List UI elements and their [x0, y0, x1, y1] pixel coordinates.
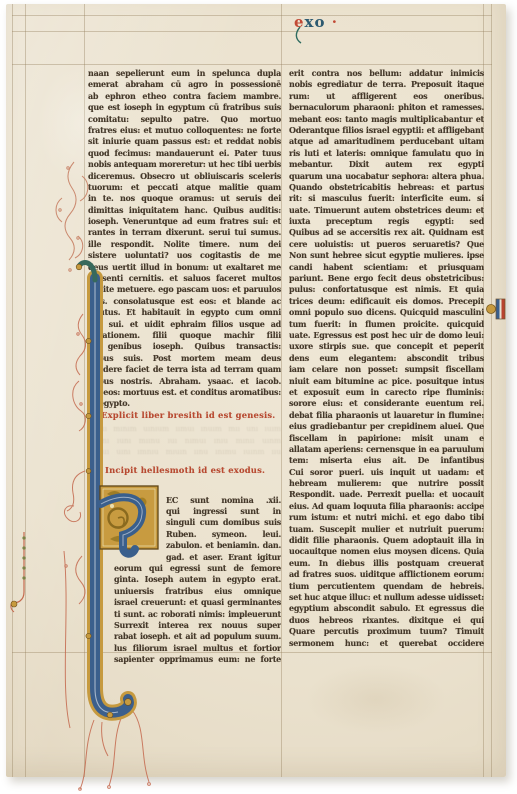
text-line: Quare percutis proximum tuum? Timuit moy… [289, 626, 484, 637]
parchment-stain [306, 664, 446, 734]
text-line: diceremus. Obsecro ut obliuiscaris scele… [88, 171, 281, 182]
manuscript-photo: exo · naan sepelierunt eum in spelunca d… [0, 0, 517, 794]
text-line: sermonem hunc: et querebat occidere moys… [289, 638, 484, 649]
text-line: sorore eius: et considerante euentum rei… [289, 398, 484, 409]
text-line: zabulon. et beniamin. dan. et neptalim. [166, 540, 281, 551]
text-line: uate. Timuerunt autem obstetrices deum: … [289, 205, 484, 216]
text-line: Oderantque filios israel egyptii: et aff… [289, 125, 484, 136]
text-line: ioseph. Veneruntque ad eum fratres sui: … [88, 216, 281, 227]
text-line: rum: ut affligerent eos oneribus. Edific… [289, 91, 484, 102]
text-line: ille respondit. Nolite timere. num dei p… [88, 239, 281, 250]
text-line: ris luti et lateris: omnique famulatu qu… [289, 148, 484, 159]
text-line: et exposuit eum in carecto ripe fluminis… [289, 387, 484, 398]
text-line: fiscellam in papirione: misit unam e fam… [289, 433, 484, 444]
text-line: gad. et aser. Erant igitur omnes anime [166, 552, 281, 563]
text-line: singuli cum domibus suis introierunt. [166, 517, 281, 528]
text-line: rum istum: et nutri michi. et ego dabo t… [289, 512, 484, 523]
text-line: omni populo suo dicens. Quicquid masculi… [289, 307, 484, 318]
text-line: nobis egrediatur de terra. Preposuit ita… [289, 79, 484, 90]
text-line: bernaculorum pharaoni: phiton et ramesse… [289, 102, 484, 113]
text-line: quarum una uocabatur sephora: altera phu… [289, 171, 484, 182]
text-line: Quibus ad se accersitis rex ait. Quidnam… [289, 227, 484, 238]
ruling-line-vertical [25, 4, 26, 777]
text-line: didit filie pharaonis. Quem adoptauit il… [289, 535, 484, 546]
ruling-line-vertical [491, 4, 492, 777]
text-line: comitatu: sepulto patre. Quo mortuo timu… [88, 114, 281, 125]
text-line: naan sepelierunt eum in spelunca dupla q… [88, 68, 281, 79]
text-line: erit contra nos bellum: addatur inimicis… [289, 68, 484, 79]
exodus-text-beside-initial: EC sunt nomina .xii. filiorum israelqui … [166, 495, 281, 563]
text-line: set huc atque illuc: et nullum adesse ui… [289, 592, 484, 603]
text-line: Cui soror pueri. uis inquit ut uadam: et… [289, 467, 484, 478]
text-line: sit iniurie quam passus est: et reddat n… [88, 136, 281, 147]
text-line: debat filia pharaonis ut lauaretur in fl… [289, 410, 484, 421]
initial-panel [100, 486, 158, 554]
text-line: nobis antequam moreretur: ut hec tibi ue… [88, 159, 281, 170]
text-line: eum. In diebus illis postquam creuerat m… [289, 558, 484, 569]
text-line: allatam aperiens: cernensque in ea paruu… [289, 444, 484, 455]
text-line: iam celare non posset: sumpsit fiscellam… [289, 364, 484, 375]
text-line: Non sunt hebree sicut egyptie mulieres. … [289, 250, 484, 261]
ruling-line-vertical [281, 4, 282, 777]
text-line: trices deum: edificauit eis domos. Prece… [289, 296, 484, 307]
text-line: Ruben. symeon. leui. iudas. ysachar. [166, 529, 281, 540]
fore-edge-tab [486, 295, 510, 323]
text-line: pariunt. Bene ergo fecit deus obstetrici… [289, 273, 484, 284]
text-line: tuam. Suscepit mulier et nutriuit puerum… [289, 524, 484, 535]
text-line: uate. Egressus est post hec uir de domo … [289, 330, 484, 341]
margin-ornament [8, 530, 34, 625]
text-line: tum fuerit: in flumen proicite. quicquid… [289, 319, 484, 330]
text-line: EC sunt nomina .xii. filiorum israel [166, 495, 281, 506]
text-line: cere uoluistis: ut pueros seruaretis? Qu… [289, 239, 484, 250]
text-line: rit: si masculus fuerit: interficite eum… [289, 193, 484, 204]
text-line: mebantur. Dixit autem rex egypti obstetr… [289, 159, 484, 170]
text-line: que est ioseph in egyptum cū fratribus s… [88, 102, 281, 113]
text-line: uocauitque nomen eius moysen dicens. Qui… [289, 546, 484, 557]
text-line: rantes in terram dixerunt. serui tui sum… [88, 227, 281, 238]
text-line: quod fecimus: mandauerunt ei. Pater tuus… [88, 148, 281, 159]
ruling-line-horizontal [12, 31, 492, 32]
text-line: candi habent scientiam: et priusquam uen… [289, 262, 484, 273]
text-line: duos hebreos rixantes. dixitque ei qui f… [289, 615, 484, 626]
text-line: emerat abraham cū agro in possessionē se… [88, 79, 281, 90]
running-title-letters-xo: xo [305, 13, 326, 31]
text-line: tium percutientem quendam de hebreis. Cu… [289, 581, 484, 592]
text-line: Quando obstetricabitis hebreas: et partu… [289, 182, 484, 193]
text-line: pulus: confortatusque est nimis. Et quia… [289, 284, 484, 295]
text-line: atque ad amaritudinem perducebant uitam … [289, 136, 484, 147]
ruling-line-horizontal [12, 64, 492, 65]
exodus-text-block-right: erit contra nos bellum: addatur inimicis… [289, 68, 484, 649]
title-flourish-icon [293, 27, 307, 45]
text-column-right: erit contra nos bellum: addatur inimicis… [289, 68, 484, 649]
text-line: iuxta preceptum regis egypti: sed conser… [289, 216, 484, 227]
text-line: hebream mulierem: que nutrire possit inf… [289, 478, 484, 489]
text-line: ab ephron etheo contra faciem mambre. Re… [88, 91, 281, 102]
text-line: Respondit. uade. Perrexit puella: et uoc… [289, 489, 484, 500]
text-line: tem: miserta eius ait. De infantibus heb… [289, 455, 484, 466]
text-line: tuorum: et peccati atque malitie quam ex… [88, 182, 281, 193]
ruling-line-horizontal [12, 15, 492, 16]
text-line: eius. Ad quam loquuta filia pharaonis: a… [289, 501, 484, 512]
text-line: uxore stirpis sue. que concepit et peper… [289, 341, 484, 352]
text-line: dens eum elegantem: abscondit tribus men… [289, 353, 484, 364]
text-line: eius gradiebantur per crepidinem aluei. … [289, 421, 484, 432]
text-line: in te. nos quoque oramus: ut seruis dei … [88, 193, 281, 204]
text-line: fratres eius: et mutuo colloquentes: ne … [88, 125, 281, 136]
text-line: egyptium abscondit sabulo. Et egressus d… [289, 603, 484, 614]
illuminated-initial-h [52, 256, 182, 790]
manuscript-leaf: exo · naan sepelierunt eum in spelunca d… [6, 4, 506, 777]
running-title-dot: · [332, 13, 338, 31]
text-line: niuit eam bitumine ac pice. posuitque in… [289, 376, 484, 387]
text-line: qui ingressi sunt in egyptum cum iacob: [166, 506, 281, 517]
ruling-line-vertical [12, 4, 13, 777]
text-line: ad fratres suos. uiditque afflictionem e… [289, 569, 484, 580]
text-line: dimittas iniquitatem hanc. Quibus auditi… [88, 205, 281, 216]
text-line: mebant eos: tanto magis multiplicabantur… [289, 114, 484, 125]
